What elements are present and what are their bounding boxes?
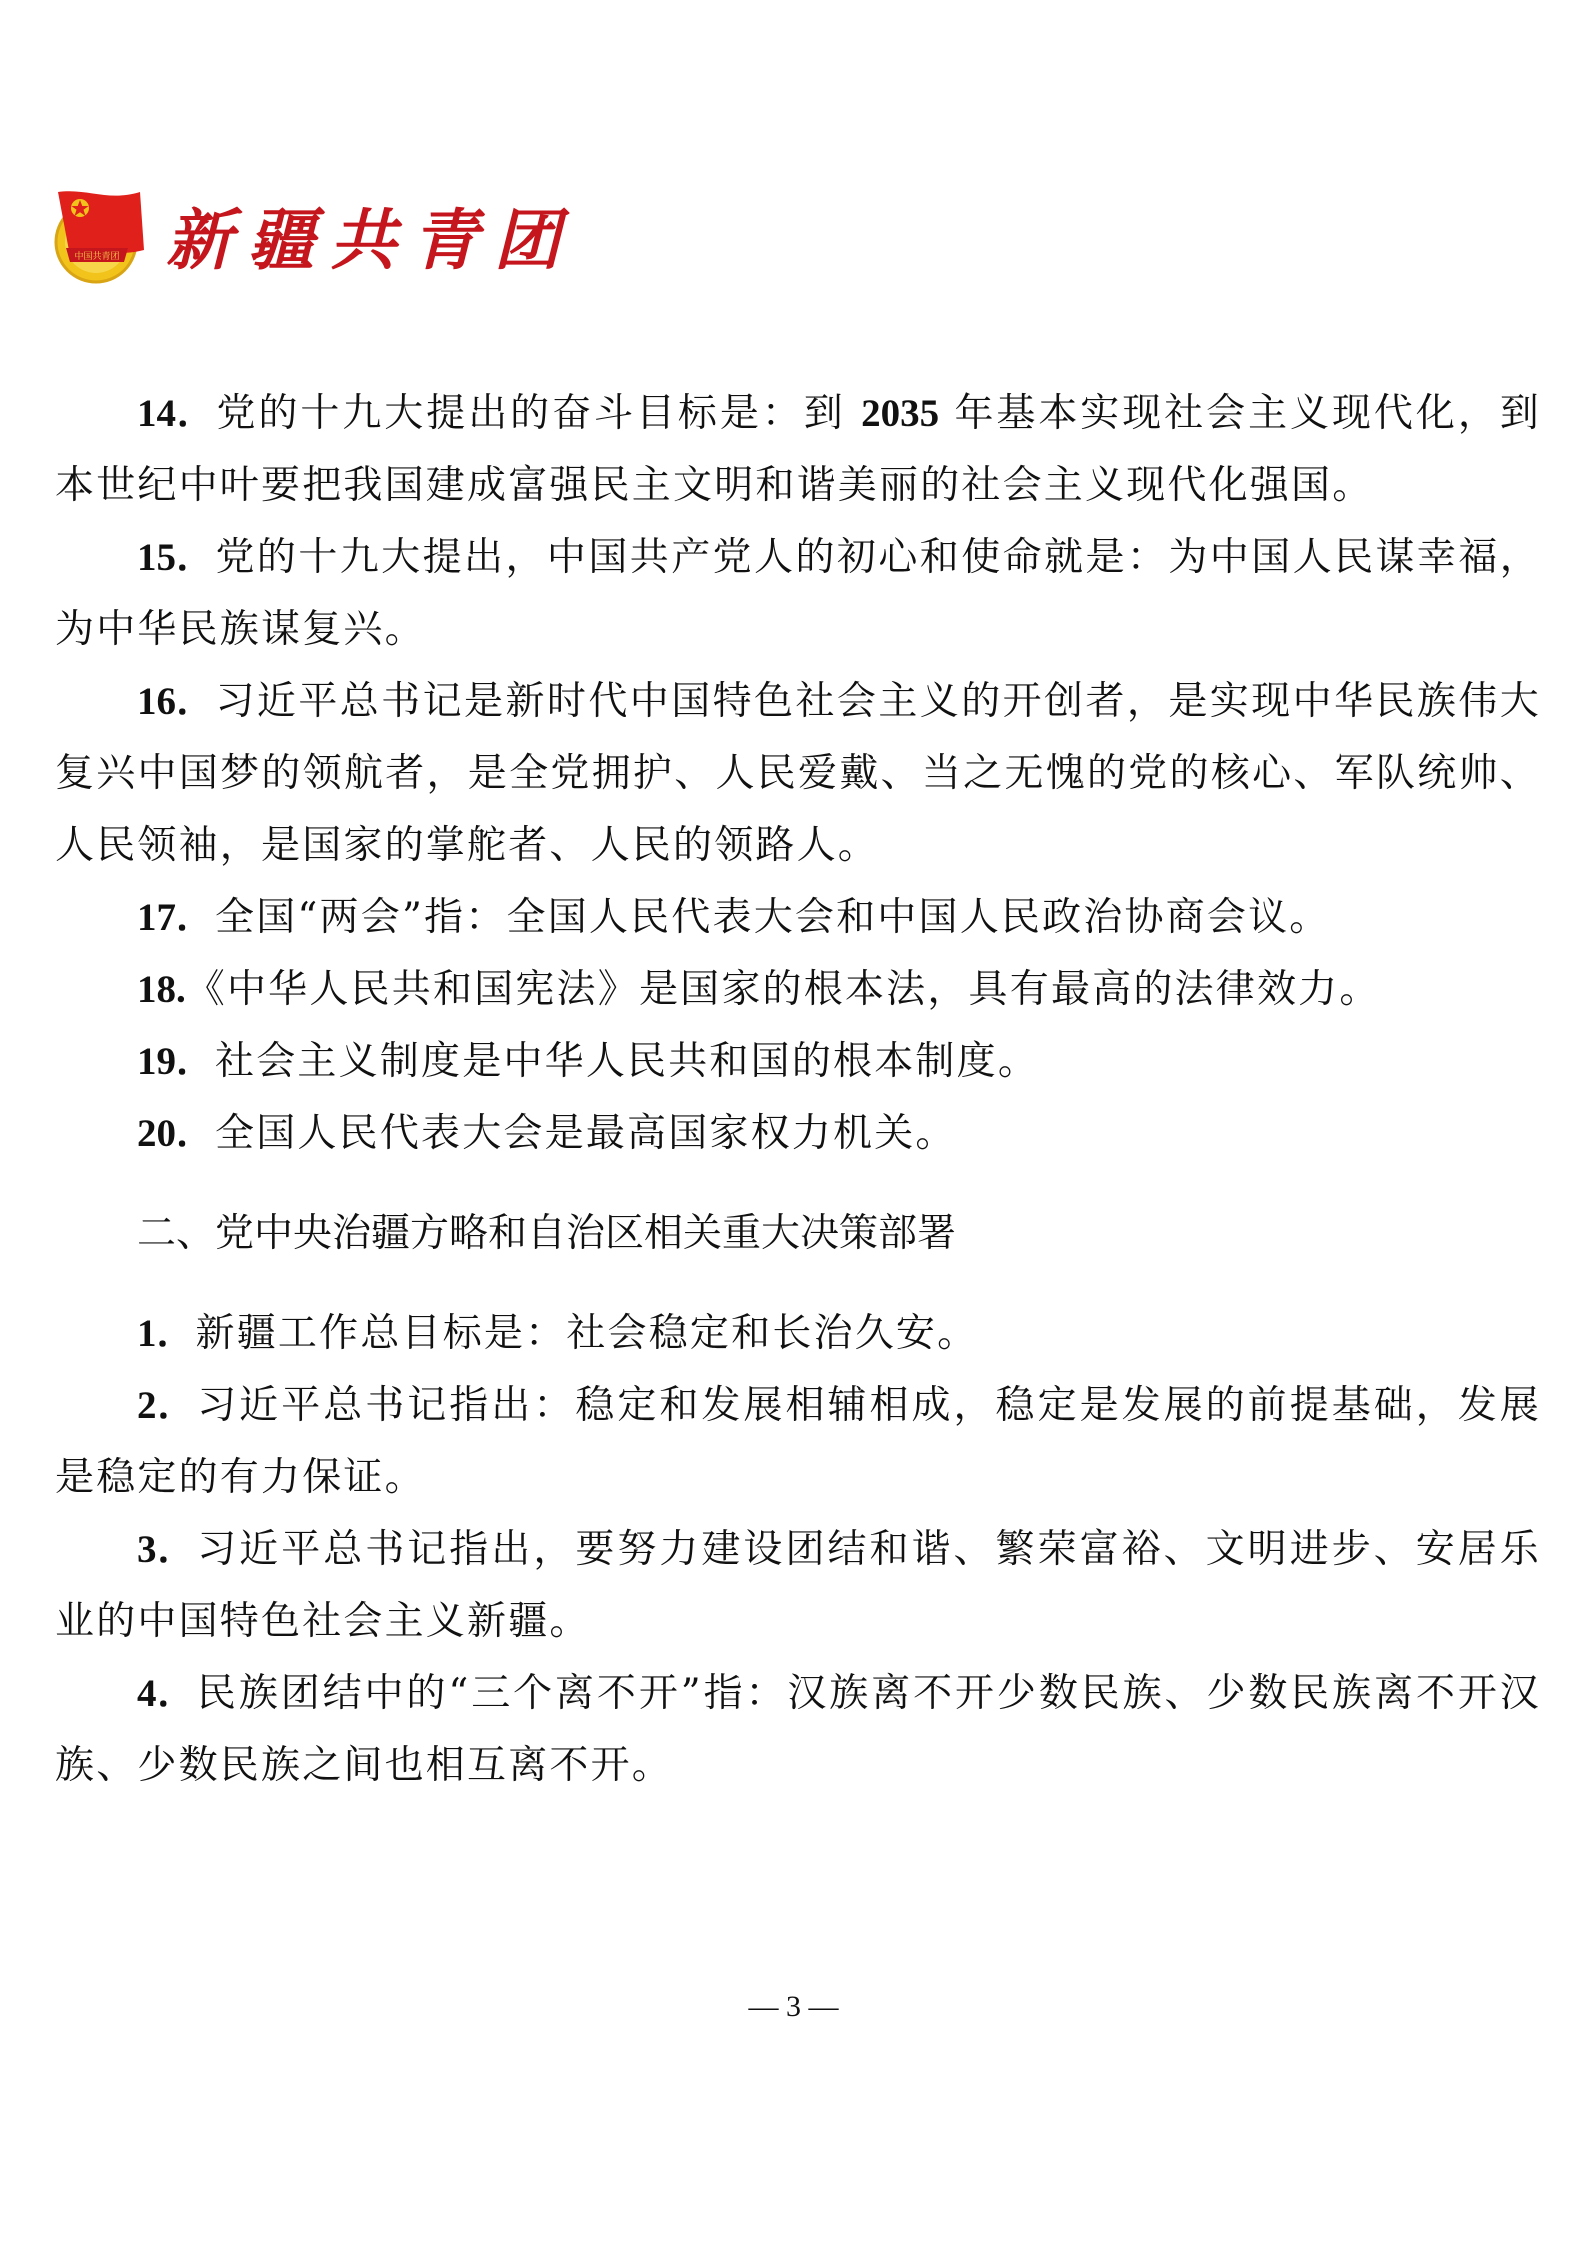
list-item-16: 16．习近平总书记是新时代中国特色社会主义的开创者，是实现中华民族伟大复兴中国梦… [55, 666, 1541, 882]
list-item-17: 17．全国“两会”指：全国人民代表大会和中国人民政治协商会议。 [55, 882, 1541, 954]
header-logo: 中国共青团 新疆共青团 [48, 186, 528, 296]
youth-league-emblem-icon: 中国共青团 [48, 186, 148, 286]
section-heading: 二、党中央治疆方略和自治区相关重大决策部署 [55, 1198, 1541, 1270]
list-item-2: 2．习近平总书记指出：稳定和发展相辅相成，稳定是发展的前提基础，发展是稳定的有力… [55, 1370, 1541, 1514]
list-item-1: 1．新疆工作总目标是：社会稳定和长治久安。 [55, 1298, 1541, 1370]
list-item-4: 4．民族团结中的“三个离不开”指：汉族离不开少数民族、少数民族离不开汉族、少数民… [55, 1658, 1541, 1802]
list-item-18: 18.《中华人民共和国宪法》是国家的根本法，具有最高的法律效力。 [55, 954, 1541, 1026]
list-item-3: 3．习近平总书记指出，要努力建设团结和谐、繁荣富裕、文明进步、安居乐业的中国特色… [55, 1514, 1541, 1658]
list-item-15: 15．党的十九大提出，中国共产党人的初心和使命就是：为中国人民谋幸福，为中华民族… [55, 522, 1541, 666]
document-body: 14．党的十九大提出的奋斗目标是：到 2035 年基本实现社会主义现代化，到本世… [55, 378, 1541, 1802]
list-item-14: 14．党的十九大提出的奋斗目标是：到 2035 年基本实现社会主义现代化，到本世… [55, 378, 1541, 522]
list-item-20: 20．全国人民代表大会是最高国家权力机关。 [55, 1098, 1541, 1170]
list-item-19: 19．社会主义制度是中华人民共和国的根本制度。 [55, 1026, 1541, 1098]
page-number: — 3 — [0, 1990, 1587, 2024]
logo-text: 新疆共青团 [166, 200, 576, 280]
emblem-ribbon-text: 中国共青团 [74, 250, 119, 262]
